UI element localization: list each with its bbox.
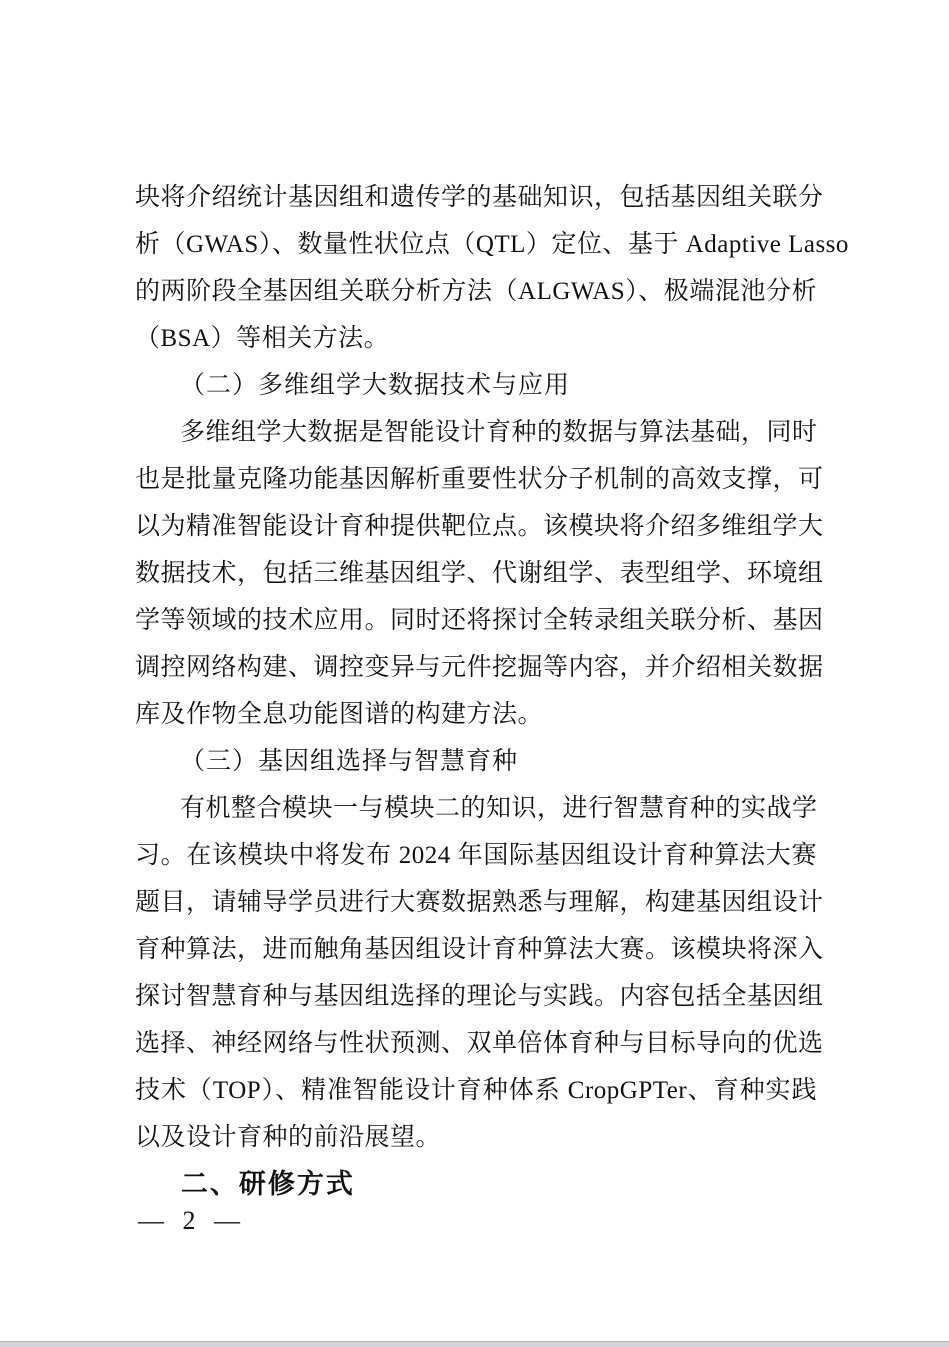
- subsection-heading-3: （三）基因组选择与智慧育种: [135, 738, 817, 785]
- body-text-line: 学等领域的技术应用。同时还将探讨全转录组关联分析、基因: [135, 597, 817, 644]
- body-text-line: 习。在该模块中将发布 2024 年国际基因组设计育种算法大赛: [135, 832, 817, 879]
- body-text-line: 析（GWAS）、数量性状位点（QTL）定位、基于 Adaptive Lasso: [135, 221, 817, 268]
- body-text-line: 库及作物全息功能图谱的构建方法。: [135, 691, 817, 738]
- body-text-line: 也是批量克隆功能基因解析重要性状分子机制的高效支撑，可: [135, 456, 817, 503]
- paragraph-genomic-selection: 有机整合模块一与模块二的知识，进行智慧育种的实战学 习。在该模块中将发布 202…: [135, 785, 817, 1161]
- page-number: — 2 —: [138, 1206, 246, 1236]
- body-text-line: 有机整合模块一与模块二的知识，进行智慧育种的实战学: [135, 785, 817, 832]
- page-bottom-edge: [0, 1341, 949, 1347]
- body-text-line: 选择、神经网络与性状预测、双单倍体育种与目标导向的优选: [135, 1020, 817, 1067]
- body-text-line: 数据技术，包括三维基因组学、代谢组学、表型组学、环境组: [135, 550, 817, 597]
- body-text-line: 调控网络构建、调控变异与元件挖掘等内容，并介绍相关数据: [135, 644, 817, 691]
- document-page: 块将介绍统计基因组和遗传学的基础知识，包括基因组关联分 析（GWAS）、数量性状…: [135, 174, 817, 1208]
- body-text-line: 的两阶段全基因组关联分析方法（ALGWAS）、极端混池分析: [135, 268, 817, 315]
- body-text-line: 探讨智慧育种与基因组选择的理论与实践。内容包括全基因组: [135, 973, 817, 1020]
- body-text-line: 以为精准智能设计育种提供靶位点。该模块将介绍多维组学大: [135, 503, 817, 550]
- body-text-line: 技术（TOP）、精准智能设计育种体系 CropGPTer、育种实践: [135, 1067, 817, 1114]
- body-text-line: 题目，请辅导学员进行大赛数据熟悉与理解，构建基因组设计: [135, 879, 817, 926]
- body-text-line: 块将介绍统计基因组和遗传学的基础知识，包括基因组关联分: [135, 174, 817, 221]
- subsection-heading-2: （二）多维组学大数据技术与应用: [135, 362, 817, 409]
- paragraph-multi-omics: 多维组学大数据是智能设计育种的数据与算法基础，同时 也是批量克隆功能基因解析重要…: [135, 409, 817, 738]
- paragraph-continuation: 块将介绍统计基因组和遗传学的基础知识，包括基因组关联分 析（GWAS）、数量性状…: [135, 174, 817, 362]
- body-text-line: 以及设计育种的前沿展望。: [135, 1114, 817, 1161]
- body-text-line: （BSA）等相关方法。: [135, 315, 817, 362]
- body-text-line: 多维组学大数据是智能设计育种的数据与算法基础，同时: [135, 409, 817, 456]
- section-heading-study-method: 二、研修方式: [135, 1161, 817, 1208]
- body-text-line: 育种算法，进而触角基因组设计育种算法大赛。该模块将深入: [135, 926, 817, 973]
